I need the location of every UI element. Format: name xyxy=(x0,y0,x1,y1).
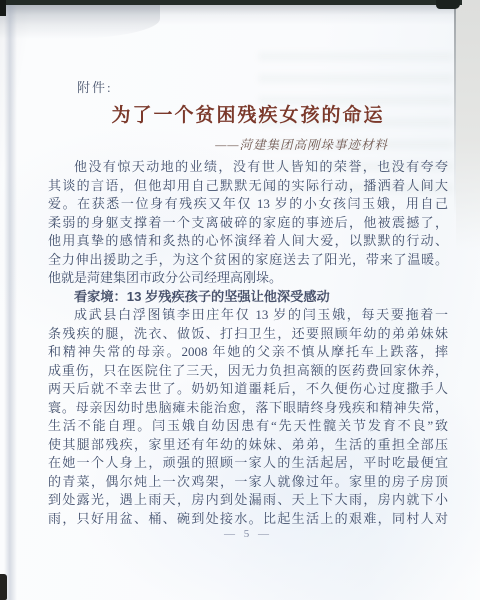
body-text-line: 生活不能自理。闫玉娥自幼因患有“先天性髋关节发育不良”致 xyxy=(48,417,448,436)
body-text-line: 条残疾的腿，洗衣、做饭、打扫卫生，还要照顾年幼的弟弟妹妹 xyxy=(48,325,448,344)
body-text-line: 成武县白浮图镇李田庄年仅 13 岁的闫玉娥，每天要拖着一 xyxy=(48,306,448,325)
body-text-line: 爱。在获悉一位身有残疾又年仅 13 岁的小女孩闫玉娥，用自己 xyxy=(48,195,448,214)
scan-margin-right xyxy=(456,0,480,250)
document-title: 为了一个贫困残疾女孩的命运 xyxy=(48,102,448,130)
body-text-line: 到处露光，遇上雨天，房内到处漏雨、天上下大雨，房内就下小 xyxy=(48,491,448,510)
document-body: 他没有惊天动地的业绩，没有世人皆知的荣誉，也没有夸夸其谈的言语，但他却用自己默默… xyxy=(48,158,448,528)
body-text-line: 柔弱的身躯支撑着一个支离破碎的家庭的事迹后，他被震撼了， xyxy=(48,214,448,233)
scan-mark-top-right xyxy=(436,0,460,9)
body-text-line: 其谈的言语，但他却用自己默默无闻的实际行动，播洒着人间大 xyxy=(48,177,448,196)
body-text-line: 他就是菏建集团市政分公司经理高刚垛。 xyxy=(48,269,448,288)
body-text-line: 他用真挚的感情和炙热的心怀演绎着人间大爱，以默默的行动、 xyxy=(48,232,448,251)
attachment-label: 附件: xyxy=(77,79,113,96)
body-text-line: 寰。母亲因幼时患脑瘫未能治愈，落下眼睛终身残疾和精神失常， xyxy=(48,399,448,418)
body-text-line: 全力伸出援助之手，为这个贫困的家庭送去了阳光，带来了温暖。 xyxy=(48,251,448,270)
page-fold-shadow-left xyxy=(4,0,17,600)
scan-mark-top-left xyxy=(0,0,6,16)
scan-edge-top xyxy=(0,0,462,5)
body-text-line: 的青菜，偶尔炖上一次鸡架，一家人就像过年。家里的房子房顶 xyxy=(48,473,448,492)
body-text-line: 和精神失常的母亲。2008 年她的父亲不慎从摩托车上跌落，摔 xyxy=(48,343,448,362)
body-text-line: 雨，只好用盆、桶、碗到处接水。比起生活上的艰难，同村人对 xyxy=(48,510,448,529)
body-text-line: 使其腿部残疾，家里还有年幼的妹妹、弟弟，生活的重担全部压 xyxy=(48,436,448,455)
body-text-line: 两天后就不幸去世了。奶奶知道噩耗后，不久便伤心过度撒手人 xyxy=(48,380,448,399)
page-edge-line-right xyxy=(454,0,456,215)
scan-mark-bottom-left xyxy=(0,574,7,600)
body-text-line: 在她一个人身上，顽强的照顾一家人的生活起居，平时吃最便宜 xyxy=(48,454,448,473)
body-text-line: 成重伤，只在医院住了三天，因无力负担高额的医药费回家休养， xyxy=(48,362,448,381)
document-subtitle: ——菏建集团高刚垛事迹材料 xyxy=(48,136,388,154)
page-number: — 5 — xyxy=(48,527,448,541)
section-heading: 看家境：13 岁残疾孩子的坚强让他深受感动 xyxy=(48,288,448,307)
body-text-line: 他没有惊天动地的业绩，没有世人皆知的荣誉，也没有夸夸 xyxy=(48,158,448,177)
